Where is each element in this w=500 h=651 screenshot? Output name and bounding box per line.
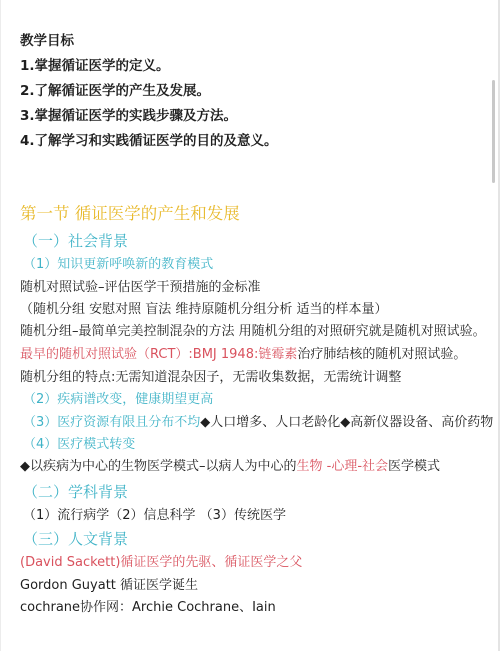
earliest-rct-rest: 治疗肺结核的随机对照试验。: [297, 347, 466, 362]
sackett-text: (David Sackett)循证医学的先驱、循证医学之父: [20, 554, 302, 572]
model-text-2: 医学模式: [388, 459, 440, 474]
social-sub-3-heading: （3）医疗资源有限且分布不均: [23, 415, 200, 430]
earliest-rct-highlight: 最早的随机对照试验（RCT）:BMJ 1948:链霉素: [20, 347, 297, 362]
social-sub-3: （3）医疗资源有限且分布不均◆人口增多、人口老龄化◆高新仪器设备、高价药物: [23, 414, 493, 432]
objective-item-3: 3.掌握循证医学的实践步骤及方法。: [20, 107, 237, 125]
rct-gold-standard: 随机对照试验–评估医学干预措施的金标准: [20, 279, 261, 297]
random-features: 随机分组的特点:无需知道混杂因子，无需收集数据，无需统计调整: [20, 369, 401, 387]
social-sub-3-detail: ◆人口增多、人口老龄化◆高新仪器设备、高价药物: [200, 415, 493, 430]
random-group-text: 随机分组–最简单完美控制混杂的方法 用随机分组的对照研究就是随机对照试验。: [20, 323, 486, 341]
discipline-items: （1）流行病学（2）信息科学 （3）传统医学: [23, 507, 286, 525]
social-sub-4: （4）医疗模式转变: [23, 436, 135, 454]
medical-model-shift: ◆以疾病为中心的生物医学模式–以病人为中心的生物 -心理-社会医学模式: [20, 458, 440, 476]
cochrane-text: cochrane协作网：Archie Cochrane、Iain: [20, 599, 276, 617]
model-text-1: ◆以疾病为中心的生物医学模式–以病人为中心的: [20, 459, 297, 474]
model-highlight: 生物 -心理-社会: [297, 459, 389, 474]
vertical-scrollbar[interactable]: [492, 80, 495, 183]
social-background-heading: （一）社会背景: [23, 231, 128, 251]
discipline-background-heading: （二）学科背景: [23, 482, 128, 502]
social-sub-2: （2）疾病谱改变，健康期望更高: [23, 391, 213, 409]
objective-item-2: 2.了解循证医学的产生及发展。: [20, 82, 210, 100]
guyatt-text: Gordon Guyatt 循证医学诞生: [20, 577, 198, 595]
earliest-rct: 最早的随机对照试验（RCT）:BMJ 1948:链霉素治疗肺结核的随机对照试验。: [20, 346, 466, 364]
objective-item-4: 4.了解学习和实践循证医学的目的及意义。: [20, 132, 278, 150]
humanities-background-heading: （三）人文背景: [23, 529, 128, 549]
section-title: 第一节 循证医学的产生和发展: [20, 203, 240, 225]
rct-elements: （随机分组 安慰对照 盲法 维持原随机分组分析 适当的样本量）: [20, 301, 388, 319]
document-page: 教学目标 1.掌握循证医学的定义。 2.了解循证医学的产生及发展。 3.掌握循证…: [0, 0, 500, 651]
objective-item-1: 1.掌握循证医学的定义。: [20, 57, 170, 75]
objectives-title: 教学目标: [20, 32, 74, 50]
social-sub-1: （1）知识更新呼唤新的教育模式: [23, 256, 213, 274]
